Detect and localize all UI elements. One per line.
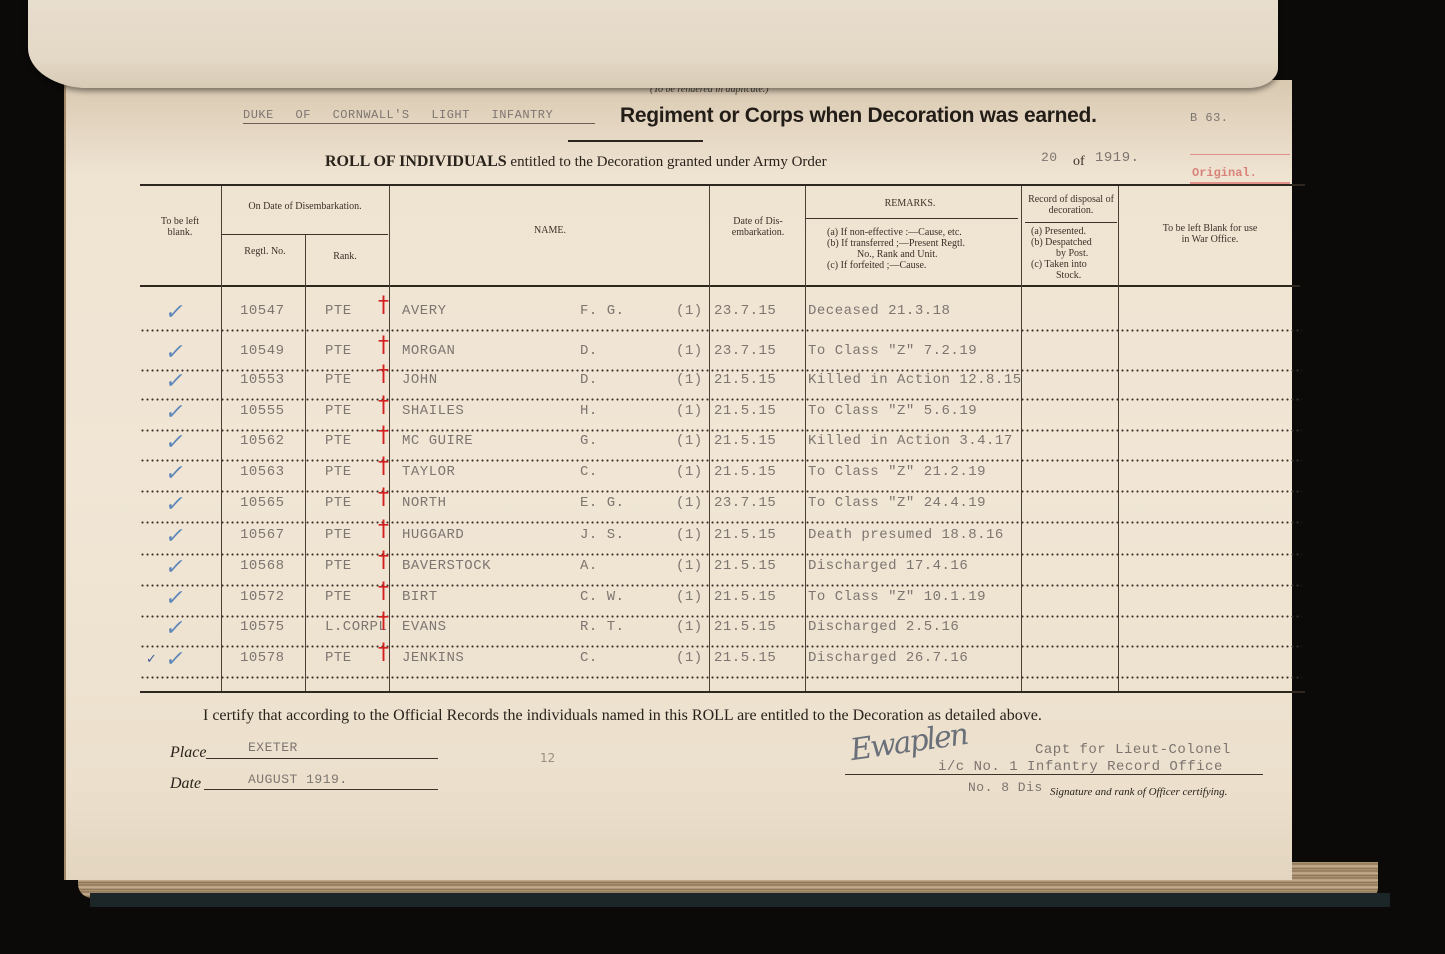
remarks-rule — [806, 218, 1018, 219]
red-dagger-icon: † — [378, 485, 389, 510]
roll-document: (To be rendered in duplicate.) DUKE OF C… — [0, 0, 1445, 954]
initials: G. — [580, 433, 598, 449]
regtl-number: 10555 — [240, 403, 285, 419]
army-order-number: 20 — [1041, 150, 1058, 165]
rank: PTE — [325, 527, 352, 543]
red-dagger-icon: † — [378, 293, 389, 318]
disembark-date: 21.5.15 — [714, 464, 776, 480]
table-top-rule — [140, 184, 1305, 186]
disposal-note-b: (b) Despatched — [1031, 237, 1119, 248]
red-dagger-icon: † — [378, 517, 389, 542]
rank: PTE — [325, 403, 352, 419]
remarks: To Class "Z" 5.6.19 — [808, 403, 977, 419]
disembark-date: 21.5.15 — [714, 558, 776, 574]
rank: PTE — [325, 372, 352, 388]
page-title: Regiment or Corps when Decoration was ea… — [620, 104, 1097, 128]
red-dagger-icon: † — [378, 423, 389, 448]
remarks-note-b: (b) If transferred ;—Present Regtl. — [827, 238, 1017, 249]
disembark-date: 21.5.15 — [714, 619, 776, 635]
red-dagger-icon: † — [378, 362, 389, 387]
original-stamp: Original. — [1192, 166, 1257, 180]
blue-check-icon: ✓ — [163, 369, 187, 394]
disposal-note-b2: by Post. — [1056, 248, 1116, 259]
place-line — [206, 758, 438, 759]
blue-check-icon: ✓ — [163, 555, 187, 580]
army-order-of: of — [1073, 154, 1085, 170]
remarks-note-c: (c) If forfeited ;—Cause. — [827, 260, 1017, 271]
clasp-count: (1) — [676, 433, 703, 449]
table-row: ✓ 10553 PTE † JOHN D. (1) 21.5.15 Killed… — [140, 366, 1305, 396]
disembark-date: 21.5.15 — [714, 650, 776, 666]
table-row: ✓ 10575 L.CORPL † EVANS R. T. (1) 21.5.1… — [140, 613, 1305, 643]
red-dagger-icon: † — [378, 454, 389, 479]
surname: MORGAN — [402, 343, 455, 359]
initials: E. G. — [580, 495, 625, 511]
rank: PTE — [325, 303, 352, 319]
col-header-regtl-no: Regtl. No. — [235, 246, 295, 257]
disembark-date: 21.5.15 — [714, 372, 776, 388]
place-value: EXETER — [248, 740, 298, 755]
surname: JOHN — [402, 372, 438, 388]
surname: JENKINS — [402, 650, 464, 666]
surname: MC GUIRE — [402, 433, 473, 449]
disembark-date: 23.7.15 — [714, 495, 776, 511]
table-row: ✓ 10568 PTE † BAVERSTOCK A. (1) 21.5.15 … — [140, 552, 1305, 582]
regtl-number: 10562 — [240, 433, 285, 449]
officer-rank-line1: Capt for Lieut-Colonel — [1035, 742, 1231, 758]
date-value: AUGUST 1919. — [248, 772, 348, 787]
date-label: Date — [170, 775, 201, 793]
table-row: ✓ 10572 PTE † BIRT C. W. (1) 21.5.15 To … — [140, 583, 1305, 613]
clasp-count: (1) — [676, 619, 703, 635]
row-dotted-rule — [140, 329, 1302, 332]
red-dagger-icon: † — [378, 579, 389, 604]
col-header-remarks: REMARKS. — [860, 198, 960, 209]
rank: PTE — [325, 343, 352, 359]
blue-check-icon: ✓ — [163, 300, 187, 325]
clasp-count: (1) — [676, 558, 703, 574]
disposal-rule — [1025, 222, 1117, 223]
blue-check-icon: ✓ — [163, 430, 187, 455]
clasp-count: (1) — [676, 589, 703, 605]
col-header-rank: Rank. — [315, 251, 375, 262]
surname: SHAILES — [402, 403, 464, 419]
disposal-note-c: (c) Taken into — [1031, 259, 1119, 270]
regtl-number: 10578 — [240, 650, 285, 666]
remarks-note-a: (a) If non-effective :—Cause, etc. — [827, 227, 1017, 238]
disembark-date: 21.5.15 — [714, 589, 776, 605]
stamp-top-line — [1190, 154, 1290, 155]
red-dagger-icon: † — [378, 640, 389, 665]
rank: PTE — [325, 650, 352, 666]
blue-check-icon: ✓ — [163, 647, 187, 672]
red-dagger-icon: † — [378, 609, 389, 634]
disposal-note-c2: Stock. — [1056, 270, 1116, 281]
rank: PTE — [325, 433, 352, 449]
initials: H. — [580, 403, 598, 419]
surname: AVERY — [402, 303, 447, 319]
clasp-count: (1) — [676, 403, 703, 419]
remarks: Deceased 21.3.18 — [808, 303, 950, 319]
title-rule — [568, 140, 703, 142]
initials: C. — [580, 650, 598, 666]
disposal-note-a: (a) Presented. — [1031, 226, 1119, 237]
col-header-blank: To be left blank. — [150, 216, 210, 238]
col-header-disposal: Record of disposal of decoration. — [1027, 194, 1115, 216]
col-header-war-office: To be left Blank for use in War Office. — [1160, 223, 1260, 245]
clasp-count: (1) — [676, 343, 703, 359]
remarks: To Class "Z" 21.2.19 — [808, 464, 986, 480]
row-dotted-rule — [140, 676, 1302, 679]
remarks: To Class "Z" 7.2.19 — [808, 343, 977, 359]
surname: BAVERSTOCK — [402, 558, 491, 574]
clasp-count: (1) — [676, 495, 703, 511]
table-row: ✓ 10562 PTE † MC GUIRE G. (1) 21.5.15 Ki… — [140, 427, 1305, 457]
red-dagger-icon: † — [378, 333, 389, 358]
officer-rank-line2: i/c No. 1 Infantry Record Office — [938, 759, 1223, 775]
roll-title-prefix: ROLL OF INDIVIDUALS — [325, 153, 507, 170]
small-check-icon: ✓ — [146, 652, 157, 667]
regtl-number: 10567 — [240, 527, 285, 543]
army-order-year: 1919. — [1095, 150, 1140, 166]
remarks: Discharged 26.7.16 — [808, 650, 968, 666]
col-header-name: NAME. — [500, 225, 600, 236]
clasp-count: (1) — [676, 527, 703, 543]
table-row: ✓ 10547 PTE † AVERY F. G. (1) 23.7.15 De… — [140, 297, 1305, 327]
blue-check-icon: ✓ — [163, 616, 187, 641]
date-line — [204, 789, 438, 790]
clasp-count: (1) — [676, 303, 703, 319]
blue-check-icon: ✓ — [163, 492, 187, 517]
roll-title: ROLL OF INDIVIDUALS entitled to the Deco… — [325, 153, 827, 171]
remarks: Killed in Action 3.4.17 — [808, 433, 1013, 449]
surname: NORTH — [402, 495, 447, 511]
col-header-disembark-group: On Date of Disembarkation. — [245, 201, 365, 212]
blue-check-icon: ✓ — [163, 400, 187, 425]
regtl-number: 10572 — [240, 589, 285, 605]
blue-check-icon: ✓ — [163, 524, 187, 549]
regiment-name: DUKE OF CORNWALL'S LIGHT INFANTRY — [243, 108, 595, 124]
signature-caption: Signature and rank of Officer certifying… — [1050, 786, 1227, 798]
surname: BIRT — [402, 589, 438, 605]
initials: F. G. — [580, 303, 625, 319]
remarks: Discharged 17.4.16 — [808, 558, 968, 574]
facing-page-curl — [28, 0, 1278, 88]
remarks: Discharged 2.5.16 — [808, 619, 959, 635]
red-dagger-icon: † — [378, 548, 389, 573]
surname: HUGGARD — [402, 527, 464, 543]
table-row: ✓ 10567 PTE † HUGGARD J. S. (1) 21.5.15 … — [140, 521, 1305, 551]
rank: PTE — [325, 464, 352, 480]
table-row: ✓ 10549 PTE † MORGAN D. (1) 23.7.15 To C… — [140, 337, 1305, 367]
initials: R. T. — [580, 619, 625, 635]
remarks: Death presumed 18.8.16 — [808, 527, 1004, 543]
regtl-number: 10563 — [240, 464, 285, 480]
form-reference: B 63. — [1190, 111, 1229, 125]
clasp-count: (1) — [676, 372, 703, 388]
blue-check-icon: ✓ — [163, 586, 187, 611]
initials: D. — [580, 343, 598, 359]
certification-text: I certify that according to the Official… — [203, 707, 1042, 725]
regtl-number: 10575 — [240, 619, 285, 635]
remarks: Killed in Action 12.8.15 — [808, 372, 1022, 388]
initials: C. — [580, 464, 598, 480]
initials: A. — [580, 558, 598, 574]
clasp-count: (1) — [676, 650, 703, 666]
table-row: ✓ 10565 PTE † NORTH E. G. (1) 23.7.15 To… — [140, 489, 1305, 519]
disembark-date: 21.5.15 — [714, 403, 776, 419]
table-row: ✓ 10563 PTE † TAYLOR C. (1) 21.5.15 To C… — [140, 458, 1305, 488]
surname: EVANS — [402, 619, 447, 635]
red-dagger-icon: † — [378, 393, 389, 418]
regtl-number: 10568 — [240, 558, 285, 574]
blue-check-icon: ✓ — [163, 340, 187, 365]
disembark-date: 21.5.15 — [714, 433, 776, 449]
table-row: ✓ 10578 PTE † JENKINS C. (1) 21.5.15 Dis… — [140, 644, 1305, 674]
rank: PTE — [325, 495, 352, 511]
regtl-number: 10549 — [240, 343, 285, 359]
rank: PTE — [325, 589, 352, 605]
remarks-note-b2: No., Rank and Unit. — [857, 249, 1017, 260]
regtl-number: 10565 — [240, 495, 285, 511]
officer-rank-line3: No. 8 Dis — [968, 780, 1043, 795]
surname: TAYLOR — [402, 464, 455, 480]
remarks: To Class "Z" 24.4.19 — [808, 495, 986, 511]
rank: PTE — [325, 558, 352, 574]
roll-title-text: entitled to the Decoration granted under… — [507, 154, 827, 170]
disembark-date: 23.7.15 — [714, 303, 776, 319]
table-row: ✓ 10555 PTE † SHAILES H. (1) 21.5.15 To … — [140, 397, 1305, 427]
initials: D. — [580, 372, 598, 388]
initials: J. S. — [580, 527, 625, 543]
pencil-count: 12 — [540, 751, 555, 765]
place-label: Place — [170, 744, 206, 762]
table-bottom-rule — [140, 691, 1305, 693]
blue-check-icon: ✓ — [163, 461, 187, 486]
clasp-count: (1) — [676, 464, 703, 480]
initials: C. W. — [580, 589, 625, 605]
regtl-number: 10547 — [240, 303, 285, 319]
remarks: To Class "Z" 10.1.19 — [808, 589, 986, 605]
regtl-number: 10553 — [240, 372, 285, 388]
header-bottom-rule — [140, 285, 1300, 287]
disembark-date: 23.7.15 — [714, 343, 776, 359]
disembark-date: 21.5.15 — [714, 527, 776, 543]
col-header-date: Date of Dis- embarkation. — [722, 216, 794, 238]
